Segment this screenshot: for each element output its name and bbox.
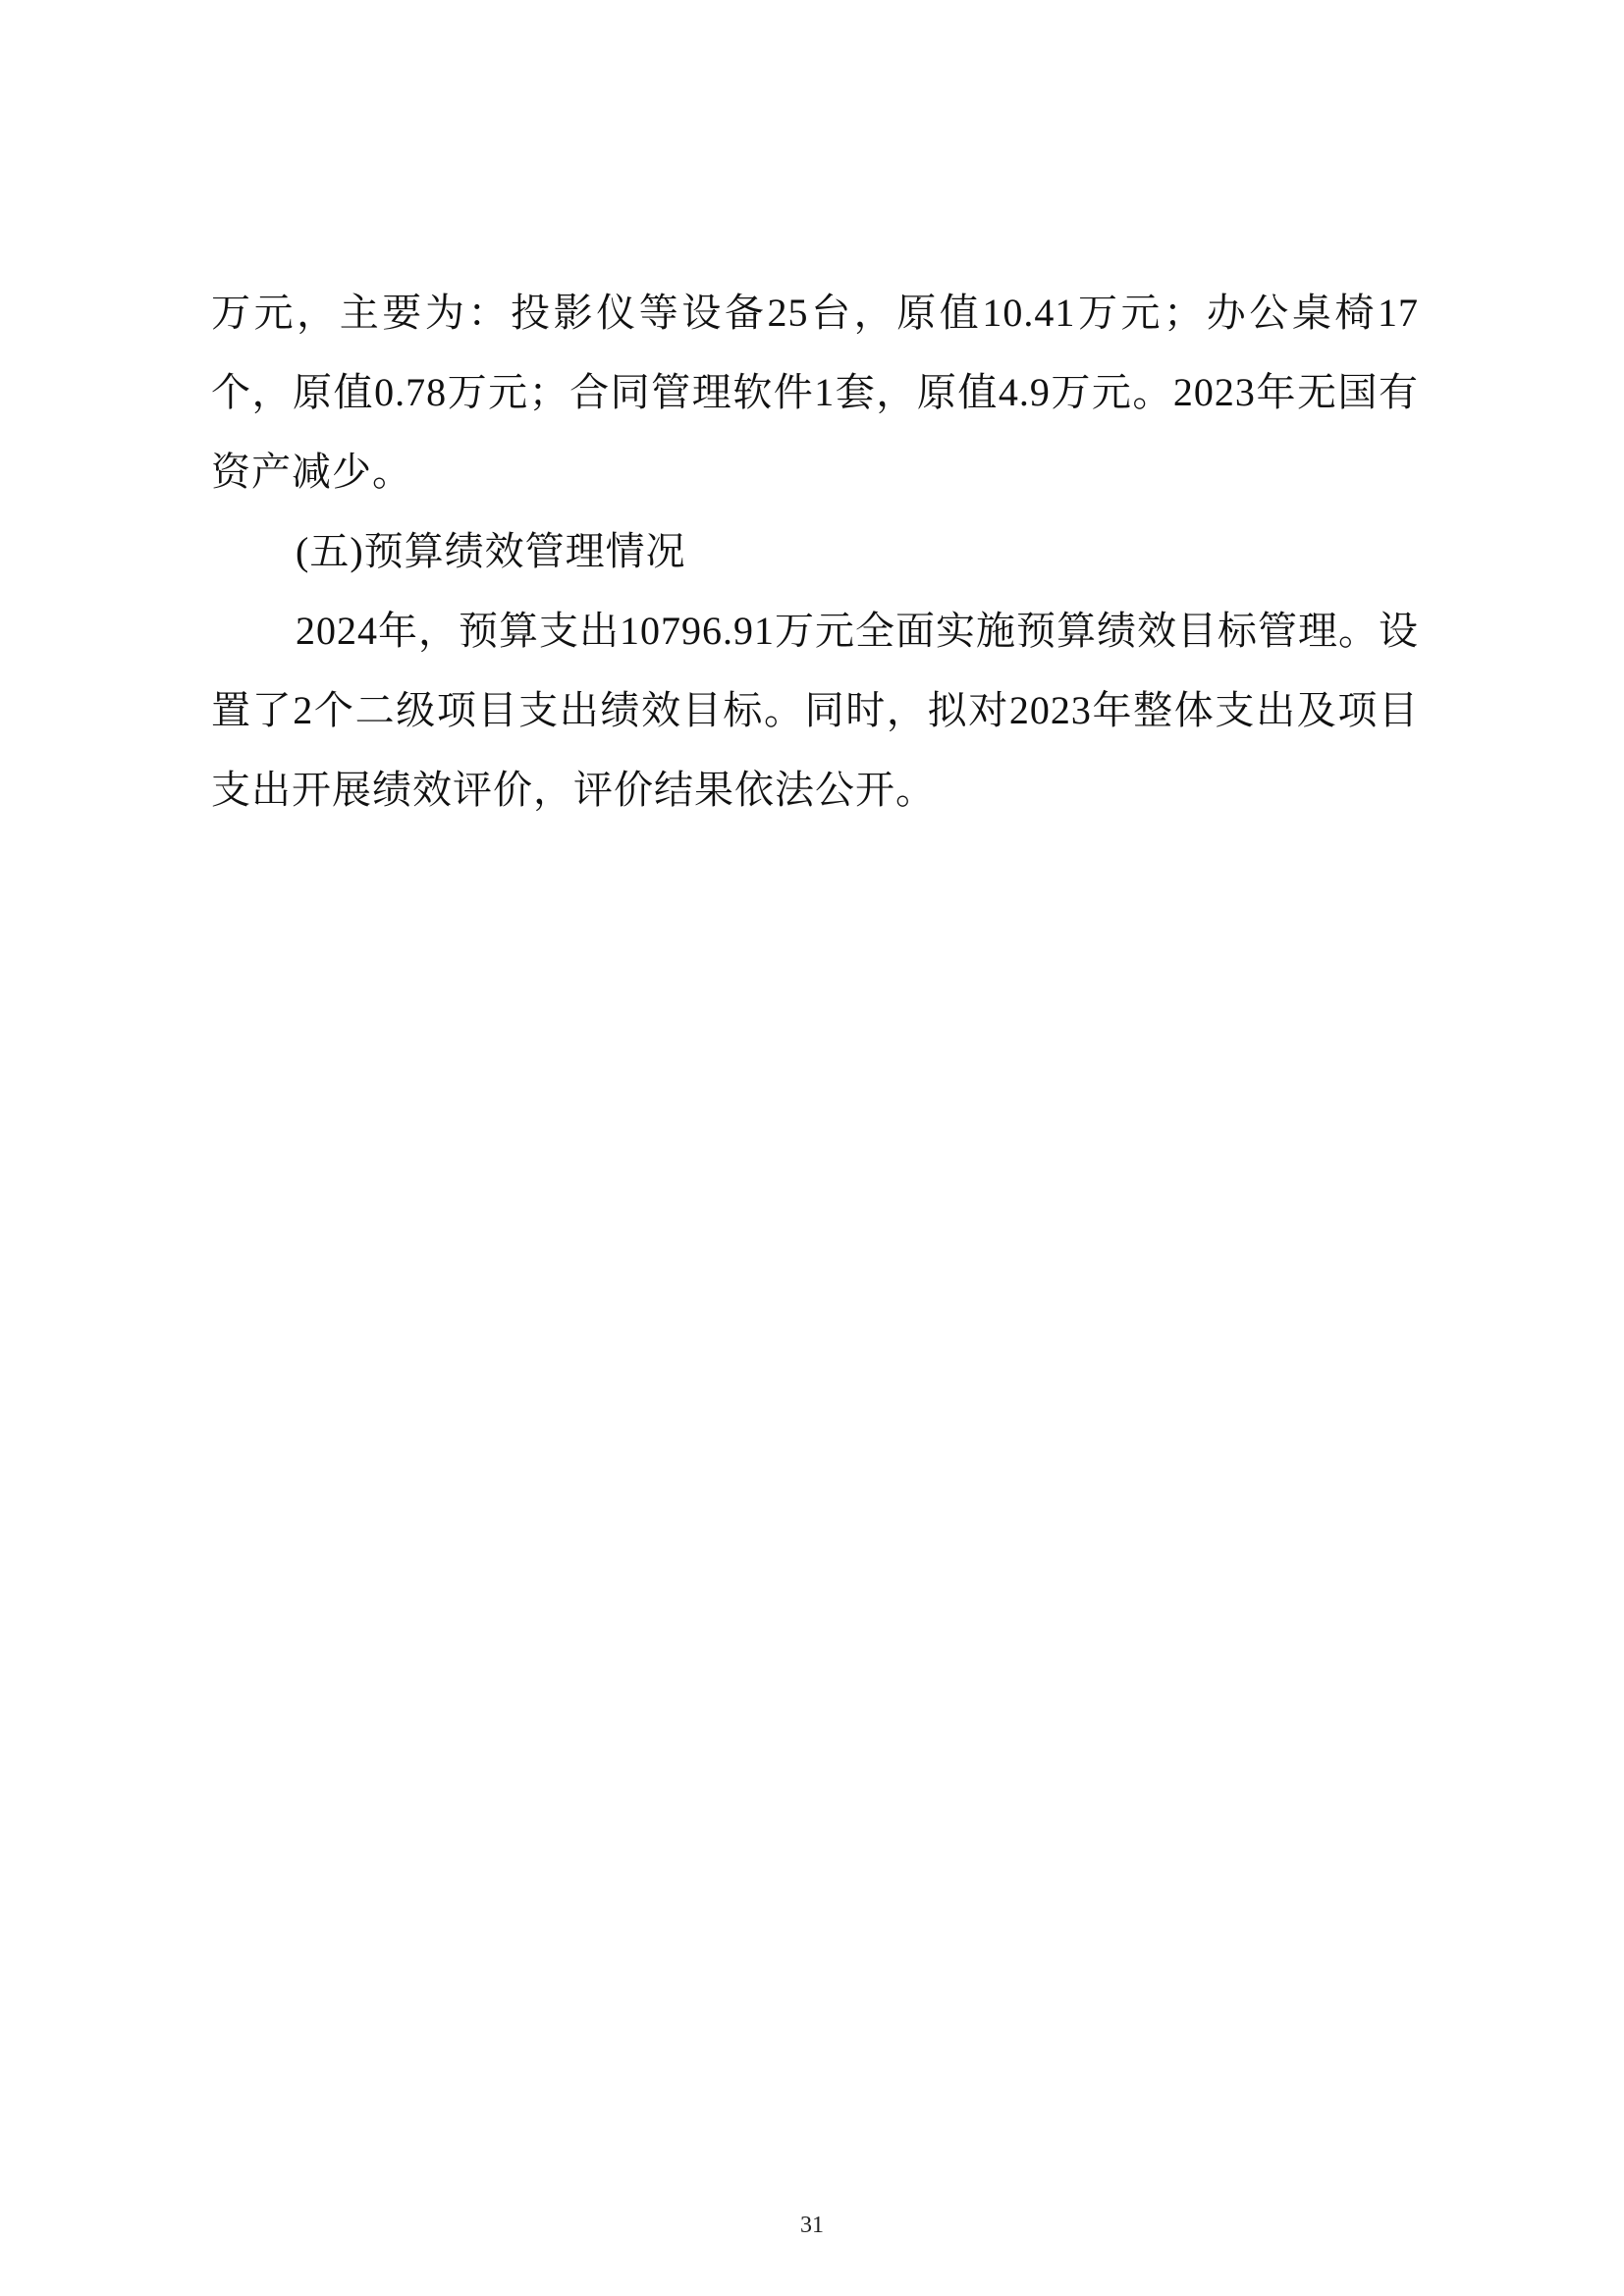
document-body: 万元，主要为：投影仪等设备25台，原值10.41万元；办公桌椅17个，原值0.7… (211, 273, 1419, 829)
document-page: 万元，主要为：投影仪等设备25台，原值10.41万元；办公桌椅17个，原值0.7… (0, 0, 1624, 2296)
section-heading-budget-performance: (五)预算绩效管理情况 (211, 511, 1419, 591)
paragraph-performance-management: 2024年，预算支出10796.91万元全面实施预算绩效目标管理。设置了2个二级… (211, 591, 1419, 829)
page-number: 31 (0, 2213, 1624, 2239)
paragraph-asset-continuation: 万元，主要为：投影仪等设备25台，原值10.41万元；办公桌椅17个，原值0.7… (211, 273, 1419, 511)
